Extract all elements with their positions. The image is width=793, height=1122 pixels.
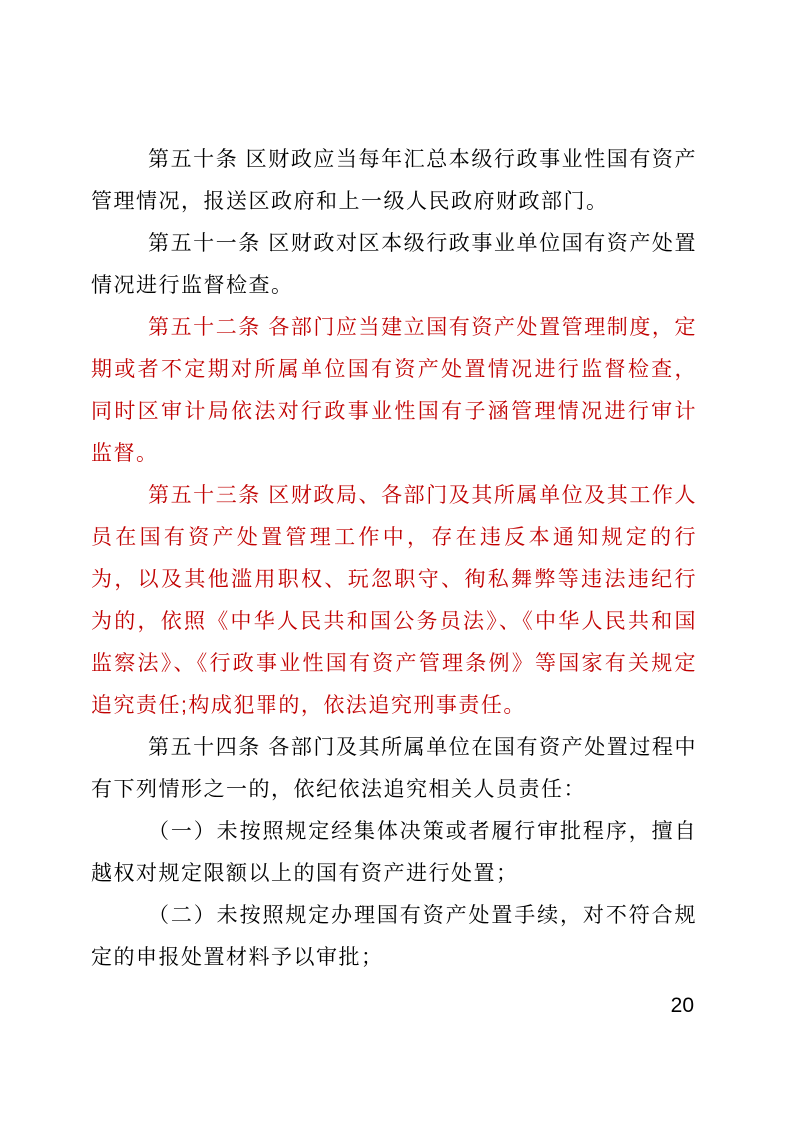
document-body: 第五十条 区财政应当每年汇总本级行政事业性国有资产管理情况，报送区政府和上一级人… xyxy=(91,139,697,979)
paragraph-article-51: 第五十一条 区财政对区本级行政事业单位国有资产处置情况进行监督检查。 xyxy=(91,223,697,307)
paragraph-article-54: 第五十四条 各部门及其所属单位在国有资产处置过程中有下列情形之一的，依纪依法追究… xyxy=(91,727,697,811)
document-page: 第五十条 区财政应当每年汇总本级行政事业性国有资产管理情况，报送区政府和上一级人… xyxy=(0,0,793,1122)
paragraph-article-50: 第五十条 区财政应当每年汇总本级行政事业性国有资产管理情况，报送区政府和上一级人… xyxy=(91,139,697,223)
page-number: 20 xyxy=(0,992,694,1020)
paragraph-article-53: 第五十三条 区财政局、各部门及其所属单位及其工作人员在国有资产处置管理工作中，存… xyxy=(91,475,697,727)
paragraph-list-item-2: （二）未按照规定办理国有资产处置手续，对不符合规定的申报处置材料予以审批； xyxy=(91,895,697,979)
paragraph-article-52: 第五十二条 各部门应当建立国有资产处置管理制度，定期或者不定期对所属单位国有资产… xyxy=(91,307,697,475)
paragraph-list-item-1: （一）未按照规定经集体决策或者履行审批程序，擅自越权对规定限额以上的国有资产进行… xyxy=(91,811,697,895)
